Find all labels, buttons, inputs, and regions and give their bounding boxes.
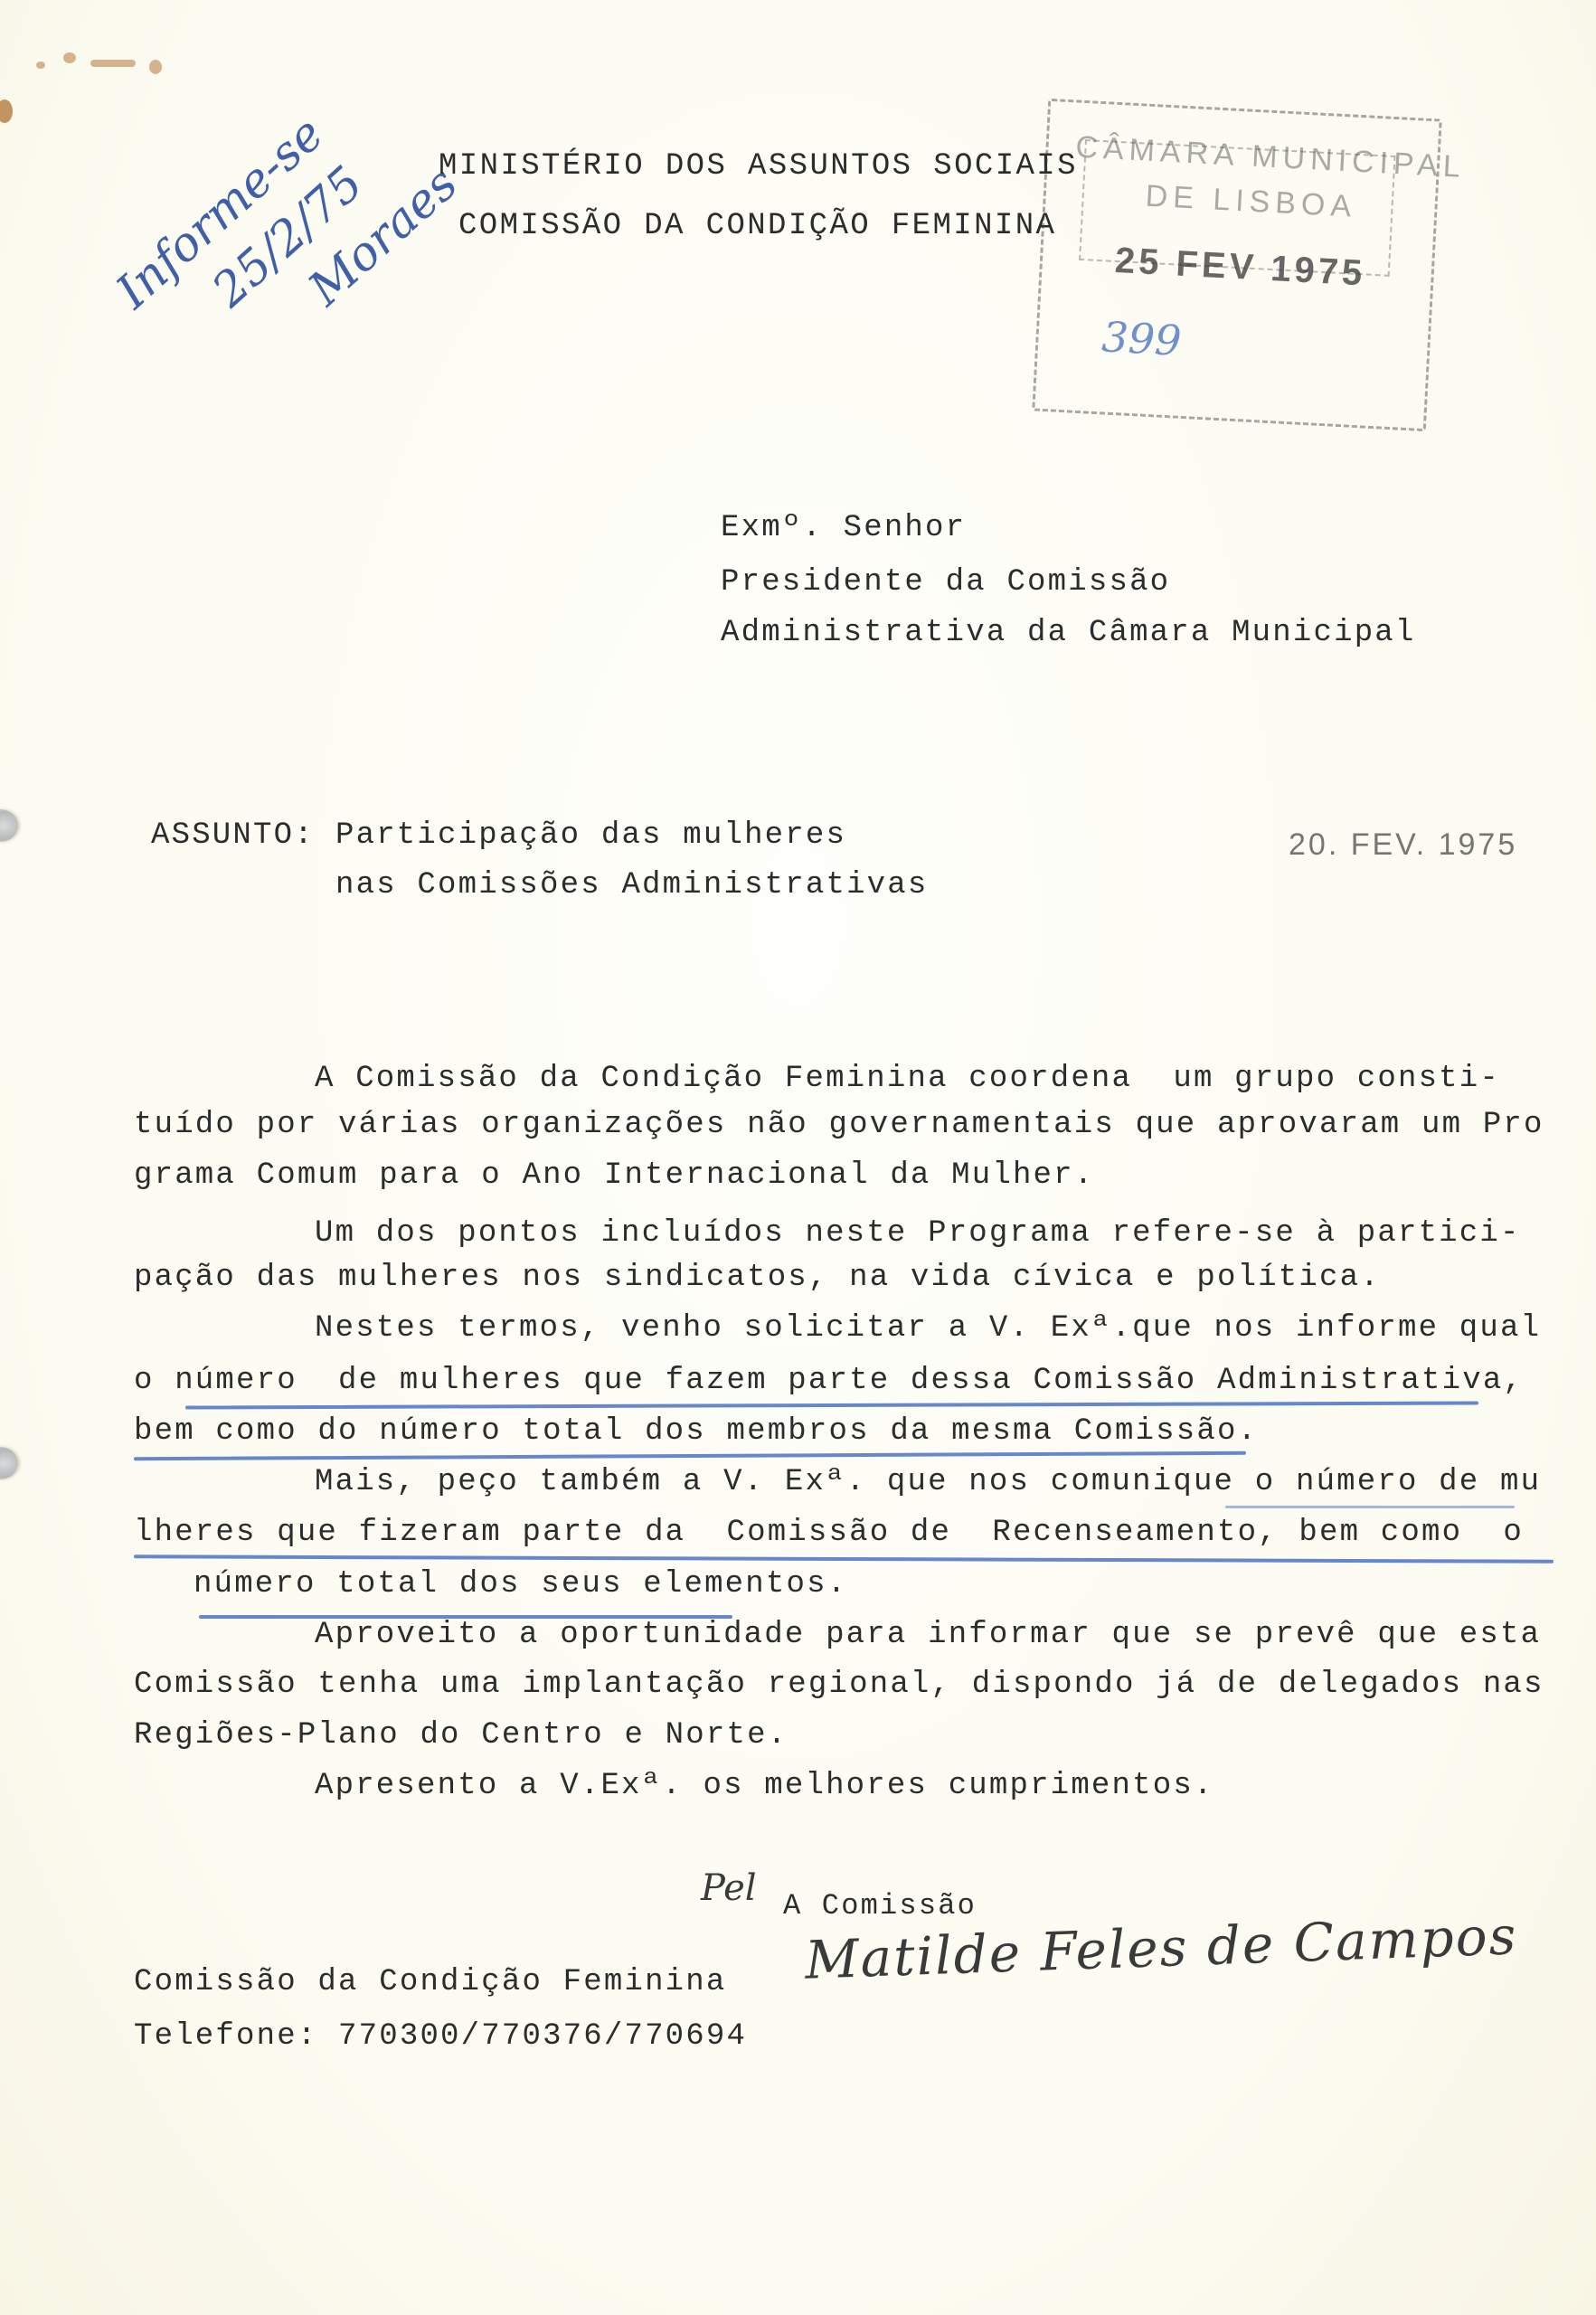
handwritten-underline [1225, 1506, 1515, 1508]
body-line: grama Comum para o Ano Internacional da … [134, 1160, 1094, 1191]
rust-stain [36, 61, 45, 69]
subject-line-1: Participação das mulheres [335, 820, 846, 851]
scanned-letter-page: Informe-se 25/2/75 Moraes MINISTÉRIO DOS… [0, 0, 1596, 2315]
handwritten-underline [134, 1451, 1246, 1460]
rust-stain [149, 60, 162, 74]
rust-stain [0, 99, 13, 123]
body-line: Um dos pontos incluídos neste Programa r… [315, 1218, 1521, 1249]
body-line: Apresento a V.Exª. os melhores cumprimen… [315, 1771, 1214, 1801]
body-line: número total dos seus elementos. [194, 1569, 847, 1600]
body-line: tuído por várias organizações não govern… [134, 1110, 1544, 1140]
body-line: bem como do número total dos membros da … [134, 1416, 1258, 1447]
handwritten-underline [134, 1554, 1554, 1563]
binder-hole [0, 809, 18, 842]
handwritten-annotation: Informe-se 25/2/75 Moraes [18, 141, 220, 355]
body-line: o número de mulheres que fazem parte des… [134, 1365, 1524, 1396]
recipient-institution: Administrativa da Câmara Municipal [721, 618, 1416, 648]
binder-hole [0, 1447, 18, 1479]
body-line: lheres que fizeram parte da Comissão de … [134, 1517, 1524, 1548]
recipient-title: Presidente da Comissão [721, 567, 1170, 598]
handwritten-underline [185, 1402, 1478, 1410]
received-stamp: CÂMARA MUNICIPAL DE LISBOA 25 FEV 1975 3… [1032, 99, 1442, 431]
body-line: Nestes termos, venho solicitar a V. Exª.… [315, 1313, 1541, 1344]
body-line: Comissão tenha uma implantação regional,… [134, 1669, 1544, 1700]
footer-organization: Comissão da Condição Feminina [134, 1967, 727, 1998]
pel-handwritten: Pel [701, 1867, 757, 1909]
signatory-label: A Comissão [783, 1892, 977, 1921]
body-line: A Comissão da Condição Feminina coordena… [315, 1063, 1500, 1094]
stamp-entry-number: 399 [1100, 312, 1183, 365]
body-line: pação das mulheres nos sindicatos, na vi… [134, 1262, 1381, 1293]
commission-heading: COMISSÃO DA CONDIÇÃO FEMININA [458, 211, 1056, 241]
subject-label: ASSUNTO: [151, 820, 315, 851]
footer-phone: Telefone: 770300/770376/770694 [134, 2021, 747, 2052]
subject-line-2: nas Comissões Administrativas [335, 870, 929, 901]
sent-date-stamp: 20. FEV. 1975 [1289, 827, 1517, 863]
body-line: Regiões-Plano do Centro e Norte. [134, 1720, 788, 1751]
recipient-salutation: Exmº. Senhor [721, 513, 966, 543]
body-line: Aproveito a oportunidade para informar q… [315, 1620, 1541, 1650]
ministry-heading: MINISTÉRIO DOS ASSUNTOS SOCIAIS [439, 151, 1078, 182]
rust-stain [90, 60, 136, 67]
rust-stain [63, 52, 76, 63]
body-line: Mais, peço também a V. Exª. que nos comu… [315, 1467, 1541, 1498]
